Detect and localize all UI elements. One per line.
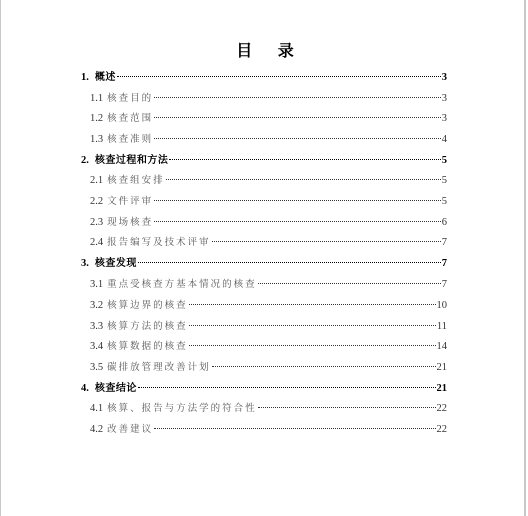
toc-dot-leader <box>189 345 436 346</box>
toc-entry-text: 核查结论 <box>95 381 137 397</box>
toc-title: 目 录 <box>1 40 528 62</box>
toc-entry-number: 4.2 <box>90 422 103 438</box>
toc-entry-number: 3.3 <box>90 319 103 335</box>
toc-entry[interactable]: 4.2 改善建议 22 <box>90 422 447 438</box>
toc-entry-page: 3 <box>442 91 447 107</box>
toc-entry-number: 2.3 <box>90 215 103 231</box>
toc-entry-page: 3 <box>442 111 447 127</box>
toc-entry[interactable]: 3.5 碳排放管理改善计划 21 <box>90 360 447 376</box>
toc-entry-page: 7 <box>442 256 447 272</box>
toc-dot-leader <box>258 407 436 408</box>
toc-entry-text: 现场核查 <box>107 215 153 231</box>
toc-entry-text: 核查范围 <box>107 111 153 127</box>
toc-entry-text: 核查发现 <box>95 256 137 272</box>
toc-entry[interactable]: 3. 核查发现 7 <box>81 256 447 272</box>
toc-entry-page: 14 <box>437 339 448 355</box>
toc-entry-text: 报告编写及技术评审 <box>107 235 211 251</box>
toc-entry-page: 11 <box>437 319 447 335</box>
toc-entry[interactable]: 4. 核查结论 21 <box>81 381 447 397</box>
toc-entry-page: 7 <box>442 235 447 251</box>
toc-entry-number: 1.1 <box>90 91 103 107</box>
toc-entry-number: 3.4 <box>90 339 103 355</box>
toc-entry[interactable]: 4.1 核算、报告与方法学的符合性 22 <box>90 401 447 417</box>
toc-entry-text: 核算、报告与方法学的符合性 <box>107 401 257 417</box>
toc-entry-number: 2. <box>81 153 89 169</box>
toc-entry-page: 7 <box>442 277 447 293</box>
toc-entry-number: 1. <box>81 70 89 86</box>
toc-dot-leader <box>169 159 440 160</box>
toc-entry-text: 核算数据的核查 <box>107 339 188 355</box>
toc-entry-number: 3.1 <box>90 277 103 293</box>
toc-entry-text: 重点受核查方基本情况的核查 <box>107 277 257 293</box>
toc-entry-page: 5 <box>442 194 447 210</box>
toc-entry-text: 核查准则 <box>107 132 153 148</box>
toc-dot-leader <box>138 387 436 388</box>
toc-entry[interactable]: 2.1 核查组安排 5 <box>90 173 447 189</box>
toc-dot-leader <box>154 97 441 98</box>
toc-entry-number: 1.2 <box>90 111 103 127</box>
toc-entry-text: 核查目的 <box>107 91 153 107</box>
toc-entry[interactable]: 2. 核查过程和方法 5 <box>81 153 447 169</box>
toc-entry-text: 碳排放管理改善计划 <box>107 360 211 376</box>
toc-entry-number: 3.5 <box>90 360 103 376</box>
toc-entry-number: 4.1 <box>90 401 103 417</box>
toc-dot-leader <box>138 262 441 263</box>
toc-entry[interactable]: 2.4 报告编写及技术评审 7 <box>90 235 447 251</box>
toc-dot-leader <box>189 304 436 305</box>
toc-dot-leader <box>154 117 441 118</box>
toc-entry[interactable]: 3.1 重点受核查方基本情况的核查 7 <box>90 277 447 293</box>
toc-entry-page: 5 <box>442 173 447 189</box>
toc-entry-number: 2.2 <box>90 194 103 210</box>
toc-entry[interactable]: 1.2 核查范围 3 <box>90 111 447 127</box>
toc-entry-page: 3 <box>442 70 447 86</box>
toc-entry[interactable]: 3.2 核算边界的核查 10 <box>90 298 447 314</box>
toc-dot-leader <box>154 221 441 222</box>
toc-dot-leader <box>117 76 441 77</box>
toc-entry-number: 2.4 <box>90 235 103 251</box>
toc-dot-leader <box>154 428 435 429</box>
toc-entry-number: 3.2 <box>90 298 103 314</box>
toc-entry-page: 4 <box>442 132 447 148</box>
toc-entry-text: 核算边界的核查 <box>107 298 188 314</box>
toc-entry-page: 21 <box>437 360 448 376</box>
toc-entry-text: 概述 <box>95 70 116 86</box>
toc-entry-page: 22 <box>437 401 448 417</box>
toc-entry-text: 改善建议 <box>107 422 153 438</box>
toc-entry-number: 2.1 <box>90 173 103 189</box>
toc-entry-page: 5 <box>442 153 447 169</box>
toc-entry-number: 3. <box>81 256 89 272</box>
toc-entry-text: 核算方法的核查 <box>107 319 188 335</box>
toc-dot-leader <box>212 241 441 242</box>
toc-entry[interactable]: 2.3 现场核查 6 <box>90 215 447 231</box>
toc-entry-text: 文件评审 <box>107 194 153 210</box>
toc-entry[interactable]: 1. 概述 3 <box>81 70 447 86</box>
toc-entry-page: 21 <box>437 381 448 397</box>
toc-dot-leader <box>166 179 441 180</box>
toc-entry-text: 核查过程和方法 <box>95 153 169 169</box>
toc-entry[interactable]: 2.2 文件评审 5 <box>90 194 447 210</box>
toc-dot-leader <box>154 200 441 201</box>
toc-entry-page: 22 <box>437 422 448 438</box>
toc-entry-text: 核查组安排 <box>107 173 165 189</box>
toc-entry-number: 1.3 <box>90 132 103 148</box>
toc-entry-number: 4. <box>81 381 89 397</box>
toc-entry[interactable]: 3.4 核算数据的核查 14 <box>90 339 447 355</box>
toc-entry[interactable]: 1.3 核查准则 4 <box>90 132 447 148</box>
toc-entry-page: 6 <box>442 215 447 231</box>
toc-dot-leader <box>154 138 441 139</box>
toc-dot-leader <box>189 325 436 326</box>
document-page: 目 录 1. 概述 3 1.1 核查目的 3 1.2 核查范围 3 1.3 核查… <box>0 0 526 516</box>
toc-dot-leader <box>212 366 436 367</box>
toc-dot-leader <box>258 283 441 284</box>
toc-entry[interactable]: 3.3 核算方法的核查 11 <box>90 319 447 335</box>
toc-entry[interactable]: 1.1 核查目的 3 <box>90 91 447 107</box>
toc-entry-page: 10 <box>437 298 448 314</box>
